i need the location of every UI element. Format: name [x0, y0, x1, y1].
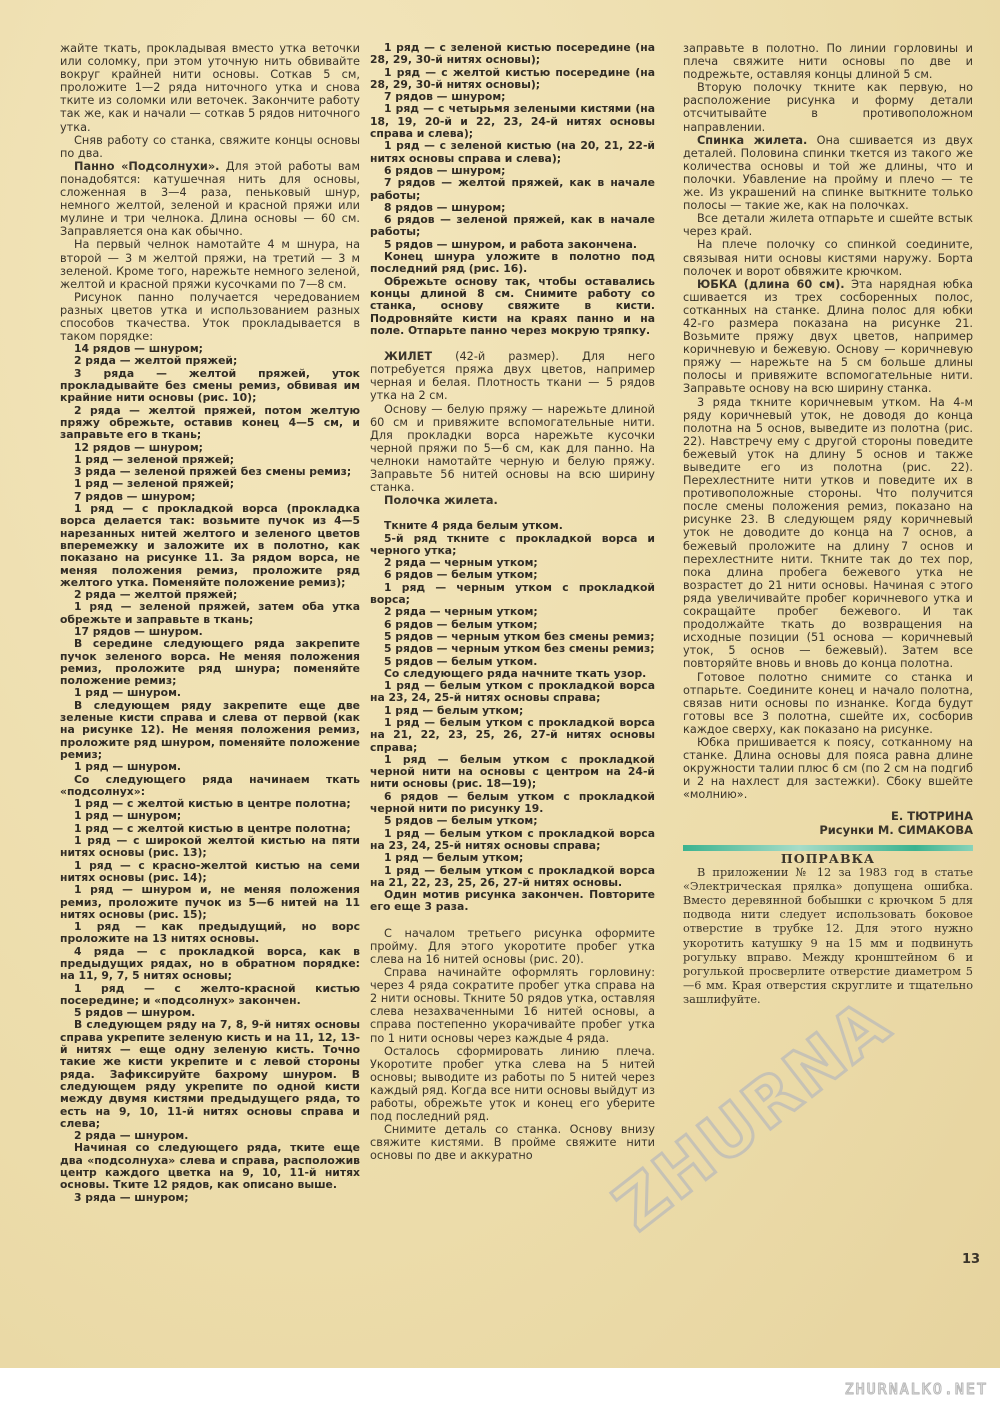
paragraph: В следующем ряду на 7, 8, 9-й нитях осно… — [60, 1019, 360, 1130]
paragraph-text: 6 рядов — белым утком; — [384, 568, 538, 581]
paragraph-text: 2 ряда — черным утком; — [384, 605, 538, 618]
paragraph-text: Рисунок панно получается чередованием ра… — [60, 291, 360, 343]
paragraph-text: 1 ряд — шнуром. — [74, 686, 181, 699]
paragraph-text: 3 ряда — желтой пряжей, уток прокладывай… — [60, 367, 360, 405]
magazine-page: жайте ткать, прокладывая вместо утка вет… — [0, 0, 1000, 1368]
column-middle: 1 ряд — с зеленой кистью посередине (на … — [370, 42, 655, 1162]
paragraph: На плече полочку со спинкой соедините, с… — [683, 238, 973, 277]
paragraph: 1 ряд — белым утком с прокладкой черной … — [370, 754, 655, 791]
paragraph: Конец шнура уложите в полотно под послед… — [370, 251, 655, 276]
paragraph-text: 7 рядов — шнуром; — [384, 90, 505, 103]
footer-site-label: ZHURNALKO.NET — [845, 1380, 988, 1398]
correction-box: ПОПРАВКА В приложении № 12 за 1983 год в… — [683, 845, 973, 1007]
paragraph-text: 5 рядов — черным утком без смены ремиз; — [384, 630, 655, 643]
paragraph-text: Юбка пришивается к поясу, сотканному на … — [683, 736, 973, 801]
correction-title: ПОПРАВКА — [683, 852, 973, 865]
paragraph: 1 ряд — белым утком с прокладкой ворса н… — [370, 828, 655, 853]
paragraph-text: 1 ряд — как предыдущий, но ворс проложит… — [60, 920, 360, 945]
paragraph: Осталось сформировать линию плеча. Укоро… — [370, 1045, 655, 1124]
paragraph-text: 3 ряда ткните коричневым утком. На 4-м р… — [683, 396, 973, 671]
paragraph-text: Снимите деталь со станка. Основу внизу с… — [370, 1123, 655, 1162]
illustrator-credit: Рисунки М. СИМАКОВА — [683, 823, 973, 837]
paragraph: 1 ряд — с желтой кистью посередине (на 2… — [370, 67, 655, 92]
paragraph-text: Эта нарядная юбка сшивается из трех сосб… — [683, 278, 973, 396]
paragraph-text: 1 ряд — шнуром. — [74, 760, 181, 773]
paragraph-text: 1 ряд — белым утком с прокладкой черной … — [370, 753, 655, 791]
paragraph-text: 2 ряда — шнуром. — [74, 1129, 188, 1142]
paragraph-text: 12 рядов — шнуром; — [74, 441, 203, 454]
paragraph: Спинка жилета. Она сшивается из двух дет… — [683, 134, 973, 213]
paragraph-text: На плече полочку со спинкой соедините, с… — [683, 238, 973, 277]
paragraph-text: Вторую полочку ткните как первую, но рас… — [683, 81, 973, 133]
paragraph: 1 ряд — шнуром и, не меняя положения рем… — [60, 884, 360, 921]
paragraph-text: 5 рядов — белым утком; — [384, 814, 538, 827]
paragraph: 4 ряда — с прокладкой ворса, как в преды… — [60, 946, 360, 983]
paragraph: 1 ряд — с желто-красной кистью посередин… — [60, 983, 360, 1008]
paragraph-text: 1 ряд — с четырьмя зелеными кистями (на … — [370, 102, 655, 140]
paragraph-text: 2 ряда — желтой пряжей; — [74, 354, 237, 367]
paragraph: Начиная со следующего ряда, тките еще дв… — [60, 1142, 360, 1191]
paragraph: 6 рядов — зеленой пряжей, как в начале р… — [370, 214, 655, 239]
paragraph: 1 ряд — с прокладкой ворса (прокладка во… — [60, 503, 360, 589]
author-name: Е. ТЮТРИНА — [683, 809, 973, 823]
paragraph-text: 1 ряд — с желтой кистью посередине (на 2… — [370, 66, 655, 91]
paragraph-text: 1 ряд — белым утком с прокладкой ворса н… — [370, 716, 655, 754]
paragraph-text: заправьте в полотно. По линии горловины … — [683, 42, 973, 81]
paragraph-text: 1 ряд — белым утком; — [384, 851, 523, 864]
paragraph-text: Осталось сформировать линию плеча. Укоро… — [370, 1045, 655, 1123]
paragraph: Сняв работу со станка, свяжите концы осн… — [60, 134, 360, 160]
paragraph-text: В следующем ряду на 7, 8, 9-й нитях осно… — [60, 1018, 360, 1129]
paragraph-text: 1 ряд — с красно-желтой кистью на семи н… — [60, 859, 360, 884]
section-heading: ЖИЛЕТ — [384, 350, 432, 363]
paragraph-text: 1 ряд — шнуром и, не меняя положения рем… — [60, 883, 360, 921]
paragraph-text: 2 ряда — желтой пряжей; — [74, 588, 237, 601]
paragraph-text: Справа начинайте оформлять горловину: че… — [370, 966, 655, 1044]
paragraph-text: 1 ряд — белым утком с прокладкой ворса н… — [370, 679, 655, 704]
paragraph-text: 1 ряд — с прокладкой ворса (прокладка во… — [60, 502, 360, 589]
paragraph-text: 17 рядов — шнуром. — [74, 625, 203, 638]
paragraph: 1 ряд — белым утком с прокладкой ворса н… — [370, 680, 655, 705]
paragraph: 1 ряд — с четырьмя зелеными кистями (на … — [370, 103, 655, 140]
paragraph: 3 ряда — желтой пряжей, уток прокладывай… — [60, 368, 360, 405]
paragraph-text: Основу — белую пряжу — нарежьте длиной 6… — [370, 403, 655, 495]
paragraph: 1 ряд — белым утком с прокладкой ворса н… — [370, 865, 655, 890]
paragraph: Все детали жилета отпарьте и сшейте всты… — [683, 212, 973, 238]
right-column-tail: Е. ТЮТРИНА Рисунки М. СИМАКОВА ПОПРАВКА … — [683, 809, 973, 1007]
section-heading: Полочка жилета. — [384, 494, 498, 507]
paragraph-text: 5 рядов — шнуром, и работа закончена. — [384, 238, 637, 251]
paragraph-text: 14 рядов — шнуром; — [74, 342, 203, 355]
paragraph: Снимите деталь со станка. Основу внизу с… — [370, 1123, 655, 1162]
paragraph: Юбка пришивается к поясу, сотканному на … — [683, 736, 973, 801]
paragraph-text: 1 ряд — зеленой пряжей, затем оба утка о… — [60, 600, 360, 625]
paragraph-text: 1 ряд — с желтой кистью в центре полотна… — [74, 822, 351, 835]
paragraph-text: 1 ряд — с зеленой кистью посередине (на … — [370, 41, 655, 66]
page-number: 13 — [962, 1252, 980, 1267]
section-heading: Панно «Подсолнухи». — [74, 160, 219, 173]
paragraph-text: 1 ряд — зеленой пряжей; — [74, 453, 234, 466]
paragraph: ЮБКА (длина 60 см). Эта нарядная юбка сш… — [683, 278, 973, 396]
paragraph-text: 1 ряд — белым утком с прокладкой ворса н… — [370, 864, 655, 889]
paragraph-text: 6 рядов — шнуром; — [384, 164, 505, 177]
paragraph-text: 3 ряда — зеленой пряжей без смены ремиз; — [74, 465, 351, 478]
paragraph-text: С началом третьего рисунка оформите прой… — [370, 927, 655, 966]
paragraph-text: Готовое полотно снимите со станка и отпа… — [683, 671, 973, 736]
paragraph-text: В середине следующего ряда закрепите пуч… — [60, 637, 360, 687]
paragraph-text: Сняв работу со станка, свяжите концы осн… — [60, 134, 360, 160]
correction-text: В приложении № 12 за 1983 год в статье «… — [683, 866, 973, 1008]
paragraph: 1 ряд — с зеленой кистью (на 20, 21, 22-… — [370, 140, 655, 165]
paragraph: В середине следующего ряда закрепите пуч… — [60, 638, 360, 687]
paragraph: 6 рядов — белым утком с прокладкой черно… — [370, 791, 655, 816]
paragraph-text: 4 ряда — с прокладкой ворса, как в преды… — [60, 945, 360, 983]
paragraph-text: 1 ряд — белым утком; — [384, 704, 523, 717]
paragraph: На первый челнок намотайте 4 м шнура, на… — [60, 238, 360, 290]
paragraph: Обрежьте основу так, чтобы оставались ко… — [370, 276, 655, 337]
paragraph: Со следующего ряда начинаем ткать «подсо… — [60, 774, 360, 799]
paragraph: 3 ряда ткните коричневым утком. На 4-м р… — [683, 396, 973, 671]
paragraph-text: жайте ткать, прокладывая вместо утка вет… — [60, 42, 360, 134]
paragraph: 7 рядов — желтой пряжей, как в начале ра… — [370, 177, 655, 202]
paragraph-text: Со следующего ряда начинаем ткать «подсо… — [60, 773, 360, 798]
paragraph: Справа начинайте оформлять горловину: че… — [370, 966, 655, 1045]
paragraph-text: 8 рядов — шнуром; — [384, 201, 505, 214]
paragraph-text: 5 рядов — черным утком без смены ремиз; — [384, 642, 655, 655]
paragraph: Вторую полочку ткните как первую, но рас… — [683, 81, 973, 133]
paragraph: жайте ткать, прокладывая вместо утка вет… — [60, 42, 360, 134]
paragraph: В следующем ряду закрепите еще две зелен… — [60, 700, 360, 761]
footer-bar: ZHURNALKO.NET — [0, 1368, 1000, 1414]
paragraph-text: 7 рядов — желтой пряжей, как в начале ра… — [370, 176, 655, 201]
paragraph: Основу — белую пряжу — нарежьте длиной 6… — [370, 403, 655, 495]
paragraph-text: На первый челнок намотайте 4 м шнура, на… — [60, 238, 360, 290]
paragraph: 1 ряд — с красно-желтой кистью на семи н… — [60, 860, 360, 885]
paragraph-text: 1 ряд — с широкой желтой кистью на пяти … — [60, 834, 360, 859]
paragraph-text: 1 ряд — белым утком с прокладкой ворса н… — [370, 827, 655, 852]
paragraph-text: Ткните 4 ряда белым утком. — [384, 519, 563, 532]
paragraph-text: Обрежьте основу так, чтобы оставались ко… — [370, 275, 655, 337]
paragraph-text: 1 ряд — с зеленой кистью (на 20, 21, 22-… — [370, 139, 655, 164]
paragraph-text: 2 ряда — желтой пряжей, потом желтую пря… — [60, 404, 360, 442]
paragraph: 1 ряд — белым утком с прокладкой ворса н… — [370, 717, 655, 754]
paragraph-text: 5 рядов — шнуром. — [74, 1006, 195, 1019]
paragraph-text: 1 ряд — с желто-красной кистью посередин… — [60, 982, 360, 1007]
column-left: жайте ткать, прокладывая вместо утка вет… — [60, 42, 360, 1204]
paragraph-text: 6 рядов — зеленой пряжей, как в начале р… — [370, 213, 655, 238]
paragraph-text: 1 ряд — шнуром; — [74, 809, 181, 822]
section-heading: ЮБКА (длина 60 см). — [697, 278, 845, 291]
paragraph: Рисунок панно получается чередованием ра… — [60, 291, 360, 343]
paragraph: заправьте в полотно. По линии горловины … — [683, 42, 973, 81]
signature: Е. ТЮТРИНА Рисунки М. СИМАКОВА — [683, 809, 973, 837]
paragraph-text: 3 ряда — шнуром; — [74, 1191, 189, 1204]
paragraph: С началом третьего рисунка оформите прой… — [370, 927, 655, 966]
paragraph-text: Один мотив рисунка закончен. Повторите е… — [370, 888, 655, 913]
section-heading: Спинка жилета. — [697, 134, 807, 147]
paragraph: ЖИЛЕТ (42-й размер). Для него потребуетс… — [370, 350, 655, 402]
paragraph: Панно «Подсолнухи». Для этой работы вам … — [60, 160, 360, 239]
paragraph: 1 ряд — с зеленой кистью посередине (на … — [370, 42, 655, 67]
paragraph: 5-й ряд ткните с прокладкой ворса и черн… — [370, 533, 655, 558]
paragraph: 1 ряд — как предыдущий, но ворс проложит… — [60, 921, 360, 946]
column-right: заправьте в полотно. По линии горловины … — [683, 42, 973, 1008]
paragraph-text: 2 ряда — черным утком; — [384, 556, 538, 569]
paragraph-text: 5 рядов — белым утком. — [384, 655, 537, 668]
paragraph: 1 ряд — с широкой желтой кистью на пяти … — [60, 835, 360, 860]
paragraph-text: В следующем ряду закрепите еще две зелен… — [60, 699, 360, 761]
paragraph: 2 ряда — желтой пряжей, потом желтую пря… — [60, 405, 360, 442]
paragraph: Один мотив рисунка закончен. Повторите е… — [370, 889, 655, 914]
paragraph-text: Конец шнура уложите в полотно под послед… — [370, 250, 655, 275]
paragraph-text: 1 ряд — черным утком с прокладкой ворса; — [370, 581, 655, 606]
paragraph-text: 1 ряд — зеленой пряжей; — [74, 477, 234, 490]
paragraph: Готовое полотно снимите со станка и отпа… — [683, 671, 973, 736]
paragraph-text: Все детали жилета отпарьте и сшейте всты… — [683, 212, 973, 238]
paragraph-text: 6 рядов — белым утком с прокладкой черно… — [370, 790, 655, 815]
paragraph: Полочка жилета. — [370, 494, 655, 507]
paragraph-text: Начиная со следующего ряда, тките еще дв… — [60, 1141, 360, 1191]
paragraph: 1 ряд — черным утком с прокладкой ворса; — [370, 582, 655, 607]
paragraph: 1 ряд — зеленой пряжей, затем оба утка о… — [60, 601, 360, 626]
paragraph-text: 1 ряд — с желтой кистью в центре полотна… — [74, 797, 351, 810]
paragraph-text: 7 рядов — шнуром; — [74, 490, 195, 503]
paragraph-text: 6 рядов — белым утком; — [384, 618, 538, 631]
paragraph-text: Со следующего ряда начните ткать узор. — [384, 667, 646, 680]
paragraph-text: 5-й ряд ткните с прокладкой ворса и черн… — [370, 532, 655, 557]
paragraph: 3 ряда — шнуром; — [60, 1192, 360, 1204]
